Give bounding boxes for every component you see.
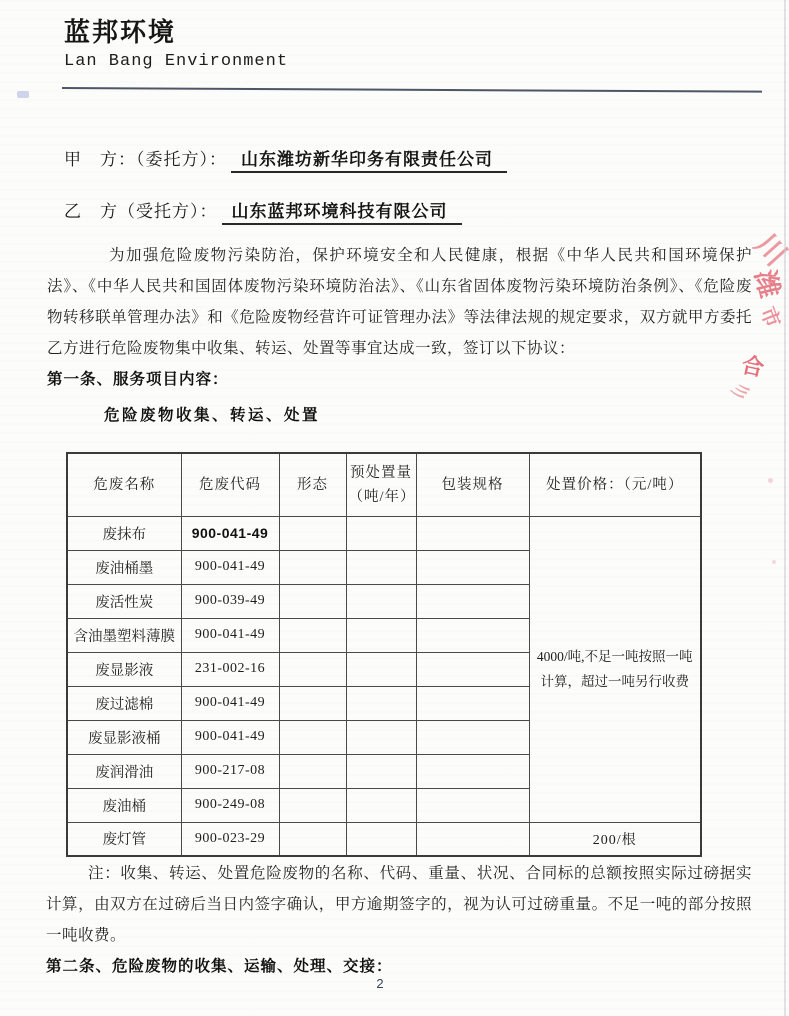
form-cell: [279, 550, 346, 584]
header-divider: [62, 87, 762, 93]
waste-code-cell: 900-023-29: [181, 822, 279, 856]
column-header: 处置价格：（元/吨）: [529, 453, 701, 516]
waste-name-cell: 废显影液: [67, 652, 181, 686]
column-header: 危废名称: [67, 453, 181, 516]
scan-artifact-pink: [768, 478, 773, 483]
packaging-cell: [416, 720, 529, 754]
waste-code-cell: 900-041-49: [181, 618, 279, 652]
clause-1-subtitle: 危险废物收集、转运、处置: [47, 400, 752, 431]
waste-name-cell: 废活性炭: [67, 584, 181, 618]
column-header: 危废代码: [181, 453, 279, 516]
form-cell: [279, 720, 346, 754]
packaging-cell: [416, 618, 529, 652]
waste-code-cell: 900-041-49: [181, 720, 279, 754]
packaging-cell: [416, 822, 529, 856]
waste-table: 危废名称危废代码形态预处置量（吨/年）包装规格处置价格：（元/吨） 废抹布900…: [66, 452, 702, 857]
form-cell: [279, 754, 346, 788]
waste-name-cell: 废过滤棉: [67, 686, 181, 720]
waste-name-cell: 废油桶墨: [67, 550, 181, 584]
waste-name-cell: 废抹布: [67, 516, 181, 550]
waste-code-cell: 900-249-08: [181, 788, 279, 822]
form-cell: [279, 822, 346, 856]
form-cell: [279, 686, 346, 720]
quantity-cell: [346, 720, 416, 754]
packaging-cell: [416, 788, 529, 822]
waste-code-cell: 900-041-49: [181, 516, 279, 550]
seal-fragment: 川: [747, 222, 789, 274]
packaging-cell: [416, 754, 529, 788]
scan-artifact-pink: [772, 560, 776, 564]
party-b-label: 乙 方（受托方）：: [64, 202, 218, 221]
clause-1-title: 第一条、服务项目内容：: [47, 364, 752, 395]
waste-code-cell: 900-039-49: [181, 584, 279, 618]
waste-name-cell: 废显影液桶: [67, 720, 181, 754]
brand-name-cn: 蓝邦环境: [64, 12, 288, 49]
waste-name-cell: 废灯管: [67, 822, 181, 856]
form-cell: [279, 652, 346, 686]
brand-name-en: Lan Bang Environment: [64, 52, 288, 71]
seal-fragment: 潍: [747, 266, 789, 302]
party-a-company: 山东潍坊新华印务有限责任公司: [231, 150, 507, 173]
party-b-line: 乙 方（受托方）：山东蓝邦环境科技有限公司: [64, 197, 462, 222]
page-number: 2: [0, 976, 760, 991]
waste-name-cell: 废油桶: [67, 788, 181, 822]
footer-text-block: 注：收集、转运、处置危险废物的名称、代码、重量、状况、合同标的总额按照实际过磅据…: [46, 858, 752, 982]
waste-code-cell: 900-041-49: [181, 686, 279, 720]
form-cell: [279, 584, 346, 618]
waste-code-cell: 231-002-16: [181, 652, 279, 686]
quantity-cell: [346, 822, 416, 856]
price-merged-cell: 4000/吨,不足一吨按照一吨计算，超过一吨另行收费: [529, 516, 701, 822]
packaging-cell: [416, 652, 529, 686]
column-header: 包装规格: [416, 453, 529, 516]
scan-edge-shadow: [784, 0, 786, 1016]
column-header: 形态: [279, 453, 346, 516]
table-row: 废灯管900-023-29200/根: [67, 822, 701, 856]
party-a-line: 甲 方：（委托方）：山东潍坊新华印务有限责任公司: [64, 145, 507, 170]
packaging-cell: [416, 584, 529, 618]
quantity-cell: [346, 788, 416, 822]
packaging-cell: [416, 686, 529, 720]
table-row: 废抹布900-041-494000/吨,不足一吨按照一吨计算，超过一吨另行收费: [67, 516, 701, 550]
table-header-row: 危废名称危废代码形态预处置量（吨/年）包装规格处置价格：（元/吨）: [67, 453, 701, 516]
party-b-company: 山东蓝邦环境科技有限公司: [222, 202, 462, 225]
quantity-cell: [346, 754, 416, 788]
note-paragraph: 注：收集、转运、处置危险废物的名称、代码、重量、状况、合同标的总额按照实际过磅据…: [46, 858, 752, 951]
company-brand: 蓝邦环境 Lan Bang Environment: [64, 12, 288, 71]
quantity-cell: [346, 686, 416, 720]
quantity-cell: [346, 652, 416, 686]
waste-name-cell: 含油墨塑料薄膜: [67, 618, 181, 652]
packaging-cell: [416, 516, 529, 550]
quantity-cell: [346, 550, 416, 584]
contract-page: 蓝邦环境 Lan Bang Environment 甲 方：（委托方）：山东潍坊…: [0, 0, 789, 1016]
contract-body: 为加强危险废物污染防治，保护环境安全和人民健康，根据《中华人民共和国环境保护法》…: [47, 240, 752, 431]
party-a-label: 甲 方：（委托方）：: [64, 150, 227, 169]
column-header: 预处置量（吨/年）: [346, 453, 416, 516]
waste-code-cell: 900-217-08: [181, 754, 279, 788]
waste-code-cell: 900-041-49: [181, 550, 279, 584]
form-cell: [279, 788, 346, 822]
quantity-cell: [346, 618, 416, 652]
packaging-cell: [416, 550, 529, 584]
scan-artifact-blue: [17, 91, 29, 98]
quantity-cell: [346, 516, 416, 550]
waste-name-cell: 废润滑油: [67, 754, 181, 788]
form-cell: [279, 516, 346, 550]
preamble-paragraph: 为加强危险废物污染防治，保护环境安全和人民健康，根据《中华人民共和国环境保护法》…: [47, 240, 752, 364]
price-last-cell: 200/根: [529, 822, 701, 856]
form-cell: [279, 618, 346, 652]
quantity-cell: [346, 584, 416, 618]
waste-table-body: 废抹布900-041-494000/吨,不足一吨按照一吨计算，超过一吨另行收费废…: [67, 516, 701, 856]
